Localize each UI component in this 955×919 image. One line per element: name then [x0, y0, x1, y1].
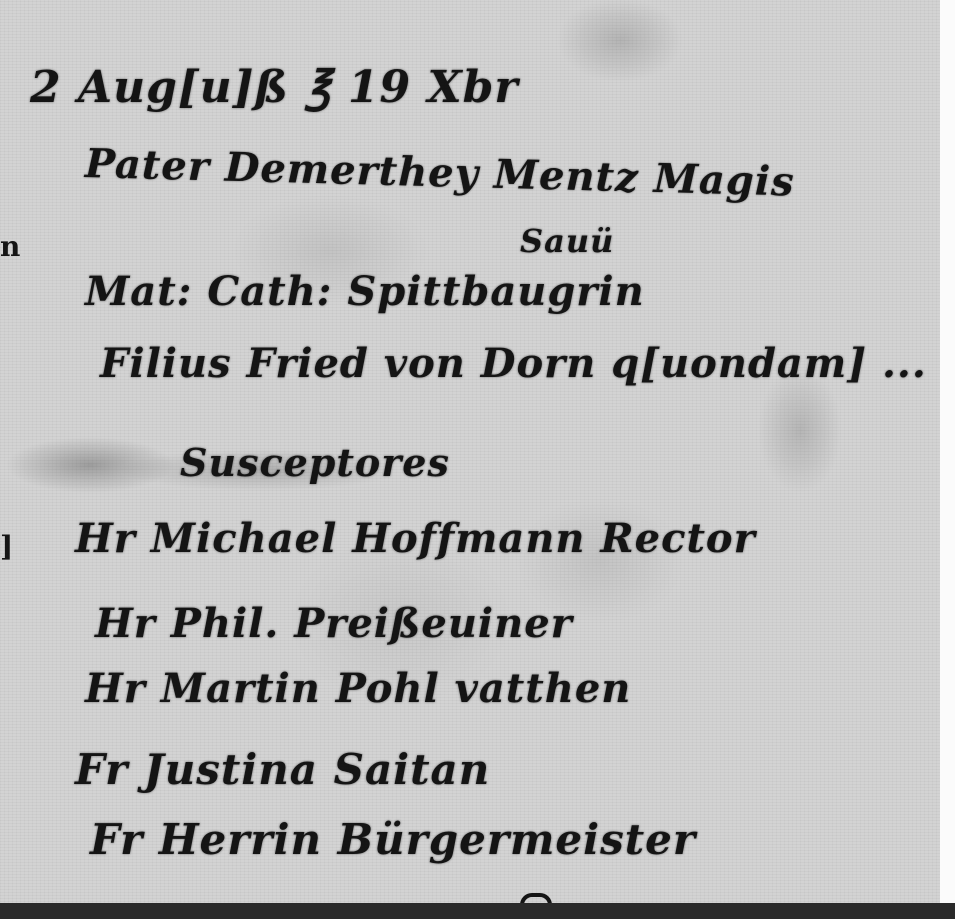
manuscript-page: n ] 2 Aug[u]ß ℥ 19 Xbr Pater Demerthey M…	[0, 0, 940, 905]
godparent-entry: Hr Michael Hoffmann Rector	[75, 515, 756, 562]
child-line: Filius Fried von Dorn q[uondam] ...	[100, 340, 927, 387]
father-line: Pater Demerthey Mentz Magis	[84, 140, 795, 206]
godparent-entry: Fr Herrin Bürgermeister	[90, 815, 696, 864]
margin-mark: ]	[0, 530, 13, 563]
godparent-entry: Fr Justina Saitan	[75, 745, 490, 794]
scan-bottom-edge	[0, 903, 955, 919]
margin-mark: n	[0, 230, 20, 263]
entry-date-line: 2 Aug[u]ß ℥ 19 Xbr	[30, 62, 519, 113]
mother-line: Mat: Cath: Spittbaugrin	[85, 268, 645, 315]
scan-margin	[940, 0, 955, 919]
godparents-heading: Susceptores	[180, 440, 450, 485]
godparent-entry: Hr Martin Pohl vatthen	[85, 665, 631, 712]
father-line-continuation: Sauü	[520, 222, 614, 260]
godparent-entry: Hr Phil. Preißeuiner	[95, 600, 573, 647]
